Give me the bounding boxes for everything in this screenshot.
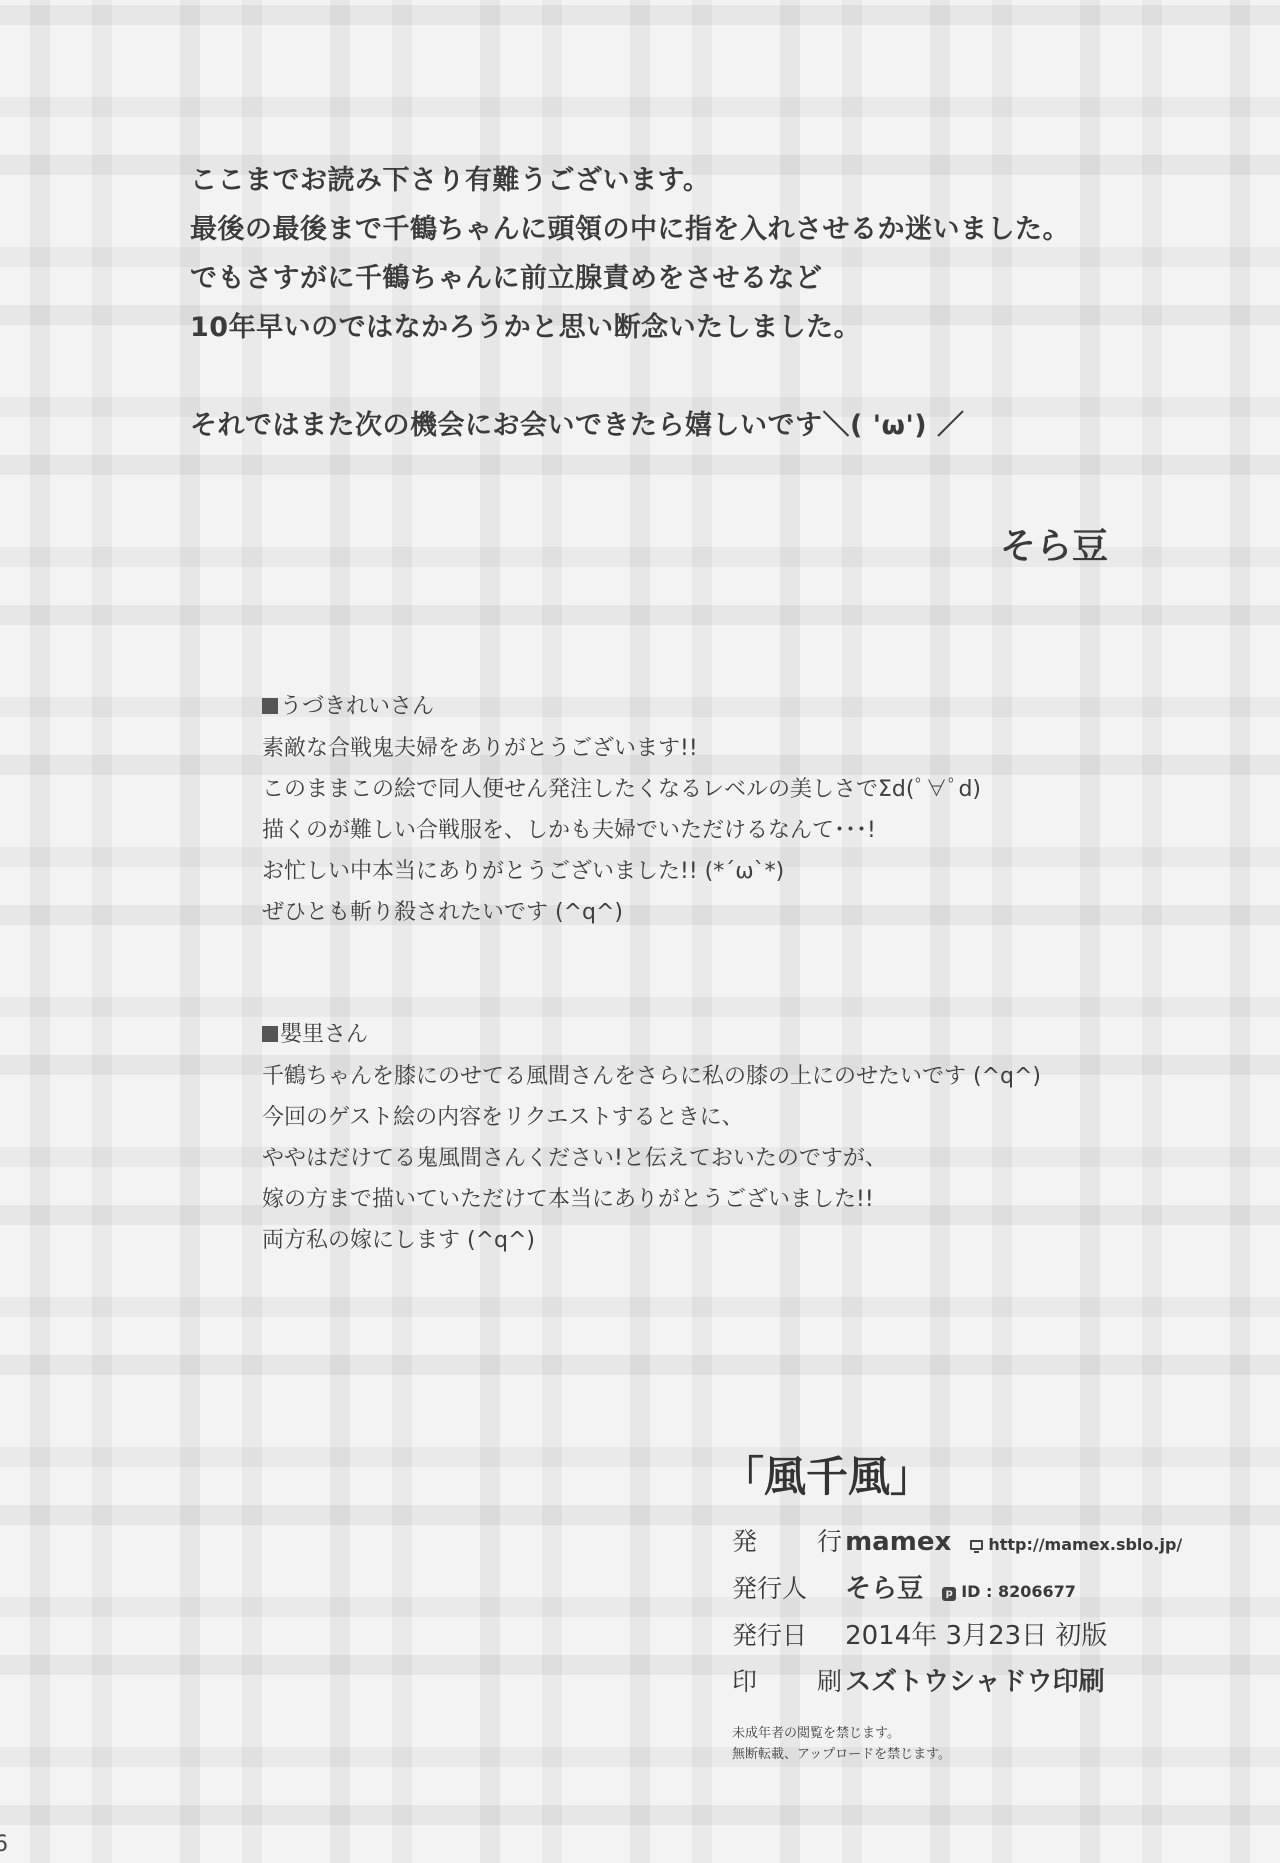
afterword-line-2: 最後の最後まで千鶴ちゃんに頭領の中に指を入れさせるか迷いました。 [190,207,1070,246]
colophon-label: 発行日 [732,1616,840,1652]
publish-date: 2014年 3月23日 初版 [845,1621,1107,1651]
guest-1-line-5: ぜひとも斬り殺されたいです (^q^) [262,895,623,926]
afterword-line-1: ここまでお読み下さり有難うございます。 [190,158,710,197]
guest-2-line-5: 両方私の嫁にします (^q^) [262,1223,535,1254]
guest-1-line-4: お忙しい中本当にありがとうございました!! (*´ω`*) [262,854,784,885]
afterword-line-4: 10年早いのではなかろうかと思い断念いたしました。 [190,305,861,344]
monitor-icon [970,1540,983,1550]
pixiv-icon: p [942,1587,956,1601]
guest-heading-2: 嬰里さん [262,1017,368,1048]
notice-line-2: 無断転載、アップロードを禁じます。 [732,1743,951,1762]
notice-line-1: 未成年者の閲覧を禁じます。 [732,1722,900,1741]
guest-1-line-1: 素敵な合戦鬼夫婦をありがとうございます!! [262,731,698,762]
guest-2-line-3: ややはだけてる鬼風間さんください!と伝えておいたのですが、 [262,1141,887,1172]
square-bullet-icon [262,698,278,714]
guest-name: うづきれいさん [280,694,434,719]
afterword-line-3: でもさすがに千鶴ちゃんに前立腺責めをさせるなど [190,256,823,295]
publisher-name: mamex [845,1527,951,1557]
colophon-label: 発 行 [732,1522,840,1558]
page-number: 6 [0,1832,8,1857]
colophon-label: 発行人 [732,1569,840,1605]
colophon-row-printer: 印 刷 スズトウシャドウ印刷 [732,1661,1105,1698]
issuer-name: そら豆 [845,1574,923,1604]
colophon-row-issuer: 発行人 そら豆 pID : 8206677 [732,1568,1076,1605]
book-title: 「風千風」 [722,1444,932,1504]
pixiv-id: pID : 8206677 [942,1582,1076,1601]
square-bullet-icon [262,1026,278,1042]
publisher-url[interactable]: http://mamex.sblo.jp/ [970,1535,1182,1554]
guest-2-line-4: 嫁の方まで描いていただけて本当にありがとうございました!! [262,1182,874,1213]
guest-2-line-2: 今回のゲスト絵の内容をリクエストするときに、 [262,1100,744,1131]
colophon-row-date: 発行日 2014年 3月23日 初版 [732,1615,1107,1652]
guest-1-line-3: 描くのが難しい合戦服を、しかも夫婦でいただけるなんて･･･! [262,813,876,844]
guest-2-line-1: 千鶴ちゃんを膝にのせてる風間さんをさらに私の膝の上にのせたいです (^q^) [262,1059,1041,1090]
colophon-row-publisher: 発 行 mamex http://mamex.sblo.jp/ [732,1522,1182,1558]
guest-name: 嬰里さん [280,1022,368,1047]
colophon-label: 印 刷 [732,1662,840,1698]
guest-1-line-2: このままこの絵で同人便せん発注したくなるレベルの美しさでΣd(ﾟ∀ﾟd) [262,772,981,803]
printer-name: スズトウシャドウ印刷 [845,1667,1104,1697]
author-signature: そら豆 [1000,518,1108,569]
guest-heading-1: うづきれいさん [262,689,434,720]
afterword-line-5: それではまた次の機会にお会いできたら嬉しいです＼( 'ω') ／ [190,403,964,442]
